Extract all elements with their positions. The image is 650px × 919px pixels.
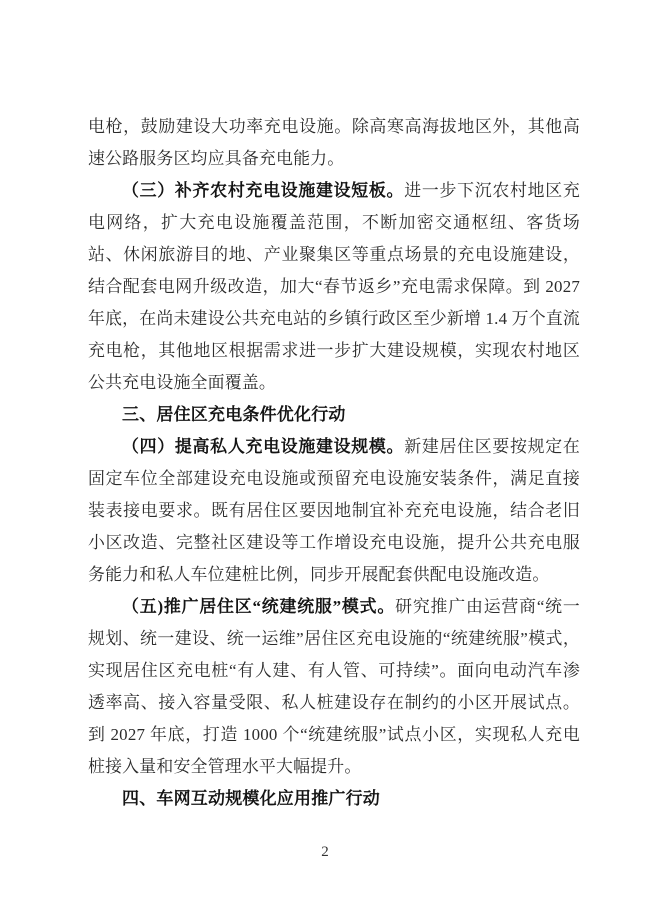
paragraph-lead: （五)推广居住区“统建统服”模式。 xyxy=(122,597,395,616)
paragraph-lead: （三）补齐农村充电设施建设短板。 xyxy=(122,181,404,200)
paragraph: （五)推广居住区“统建统服”模式。研究推广由运营商“统一规划、统一建设、统一运维… xyxy=(88,591,580,783)
paragraph: 电枪，鼓励建设大功率充电设施。除高寒高海拔地区外，其他高速公路服务区均应具备充电… xyxy=(88,111,580,175)
paragraph-lead: 四、车网互动规模化应用推广行动 xyxy=(122,789,380,808)
paragraph-text: 电枪，鼓励建设大功率充电设施。除高寒高海拔地区外，其他高速公路服务区均应具备充电… xyxy=(88,117,580,168)
page-number: 2 xyxy=(321,844,329,860)
paragraph-lead: （四）提高私人充电设施建设规模。 xyxy=(122,437,404,456)
document-body: 电枪，鼓励建设大功率充电设施。除高寒高海拔地区外，其他高速公路服务区均应具备充电… xyxy=(88,111,580,815)
document-page: 电枪，鼓励建设大功率充电设施。除高寒高海拔地区外，其他高速公路服务区均应具备充电… xyxy=(0,0,650,919)
paragraph-text: 新建居住区要按规定在固定车位全部建设充电设施或预留充电设施安装条件，满足直接装表… xyxy=(88,437,580,584)
paragraph-text: 进一步下沉农村地区充电网络，扩大充电设施覆盖范围，不断加密交通枢纽、客货场站、休… xyxy=(88,181,580,392)
section-heading: 四、车网互动规模化应用推广行动 xyxy=(88,783,580,815)
paragraph: （四）提高私人充电设施建设规模。新建居住区要按规定在固定车位全部建设充电设施或预… xyxy=(88,431,580,591)
page-footer: 2 xyxy=(0,843,650,861)
paragraph-text: 研究推广由运营商“统一规划、统一建设、统一运维”居住区充电设施的“统建统服”模式… xyxy=(88,597,580,776)
section-heading: 三、居住区充电条件优化行动 xyxy=(88,399,580,431)
paragraph: （三）补齐农村充电设施建设短板。进一步下沉农村地区充电网络，扩大充电设施覆盖范围… xyxy=(88,175,580,399)
paragraph-lead: 三、居住区充电条件优化行动 xyxy=(122,405,346,424)
